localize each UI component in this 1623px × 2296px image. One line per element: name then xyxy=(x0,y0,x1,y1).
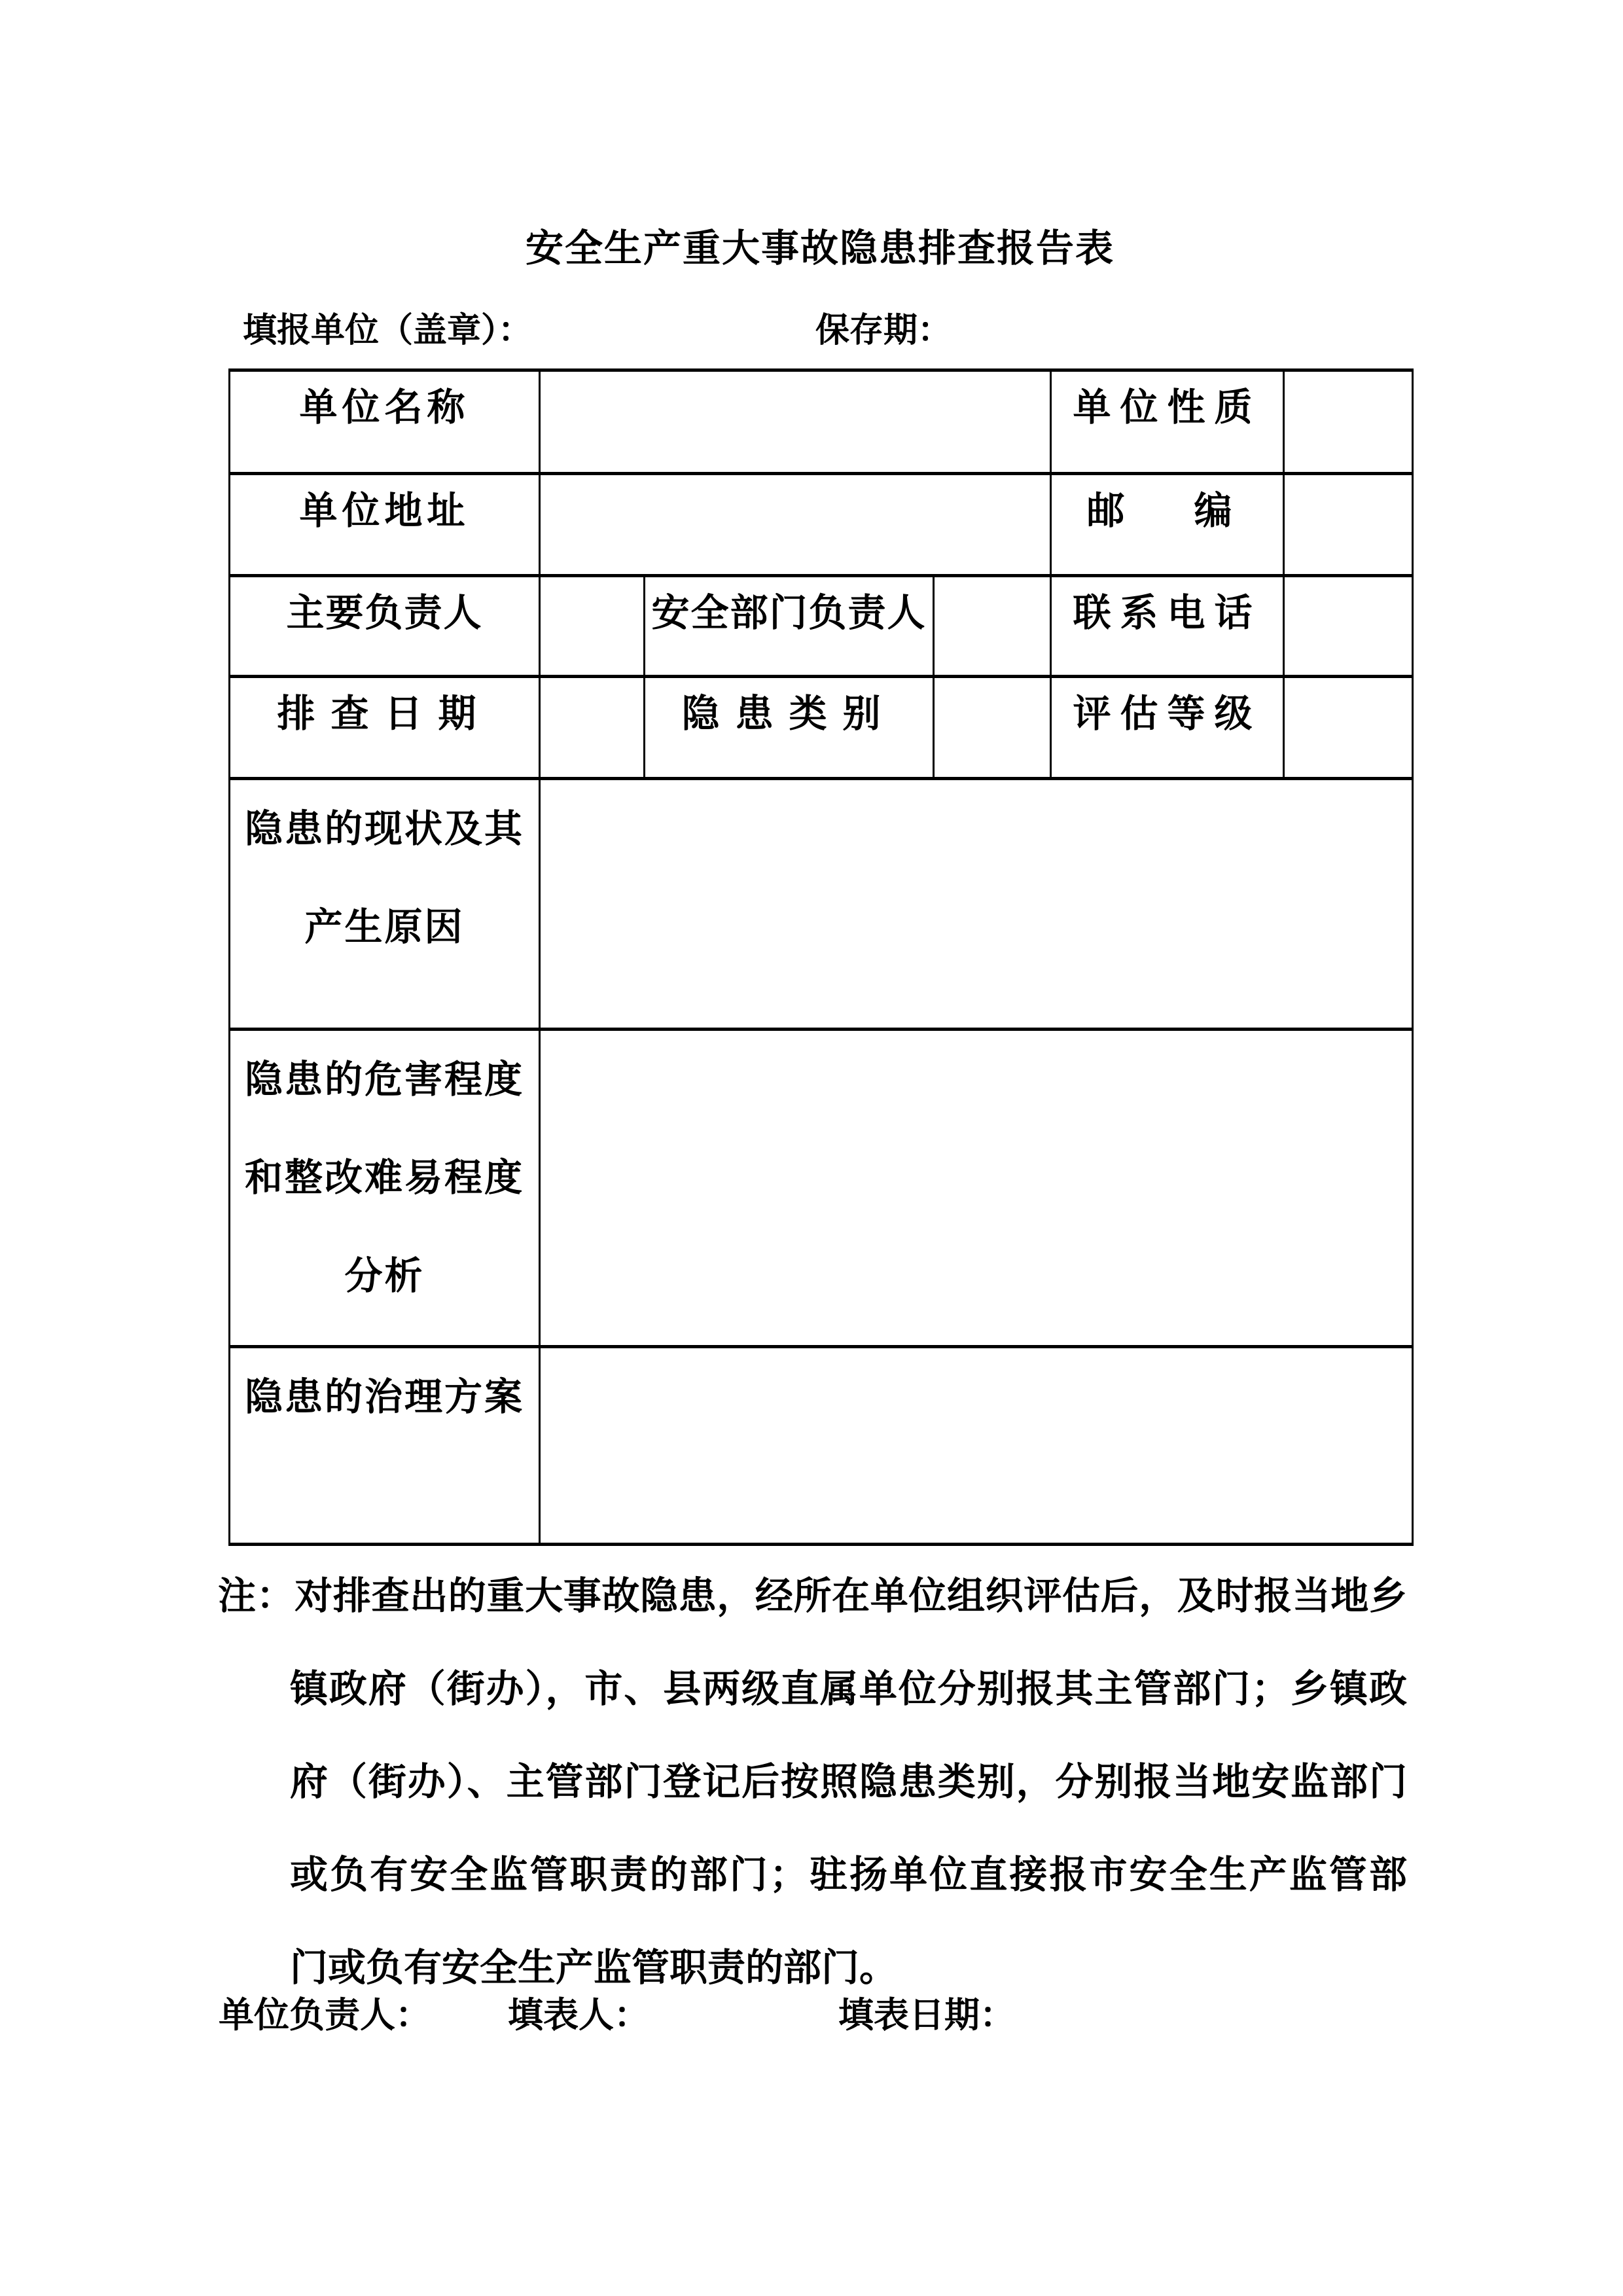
fill-unit-label: 填报单位（盖章）： xyxy=(243,302,532,351)
status-cause-value-cell[interactable] xyxy=(540,779,1413,1030)
main-person-value-cell[interactable] xyxy=(540,576,645,677)
harm-analysis-line2: 和整改难易程度 xyxy=(237,1129,532,1227)
harm-analysis-value-cell[interactable] xyxy=(540,1030,1413,1347)
treatment-plan-value-cell[interactable] xyxy=(540,1347,1413,1545)
hazard-category-value-cell[interactable] xyxy=(934,677,1051,779)
assess-level-value-cell[interactable] xyxy=(1284,677,1413,779)
unit-address-label: 单位地址 xyxy=(230,474,540,576)
unit-name-label: 单位名称 xyxy=(230,370,540,474)
status-cause-line2: 产生原因 xyxy=(237,878,532,977)
phone-value-cell[interactable] xyxy=(1284,576,1413,677)
report-table: 单位名称 单位性质 单位地址 邮 编 主要负责人 安全部门负责人 联系电话 排查… xyxy=(228,368,1414,1546)
harm-analysis-line1: 隐患的危害程度 xyxy=(237,1031,532,1129)
note-line: 府（街办）、主管部门登记后按照隐患类别，分别报当地安监部门 xyxy=(290,1736,1407,1829)
postcode-value-cell[interactable] xyxy=(1284,474,1413,576)
footer-line: 单位负责人： 填表人： 填表日期： xyxy=(0,1987,1623,2033)
unit-nature-value-cell[interactable] xyxy=(1284,370,1413,474)
retention-period-label: 保存期： xyxy=(815,302,952,351)
unit-head-label: 单位负责人： xyxy=(219,1987,431,2037)
safety-dept-person-label: 安全部门负责人 xyxy=(645,576,934,677)
unit-name-value-cell[interactable] xyxy=(540,370,1051,474)
fill-date-label: 填表日期： xyxy=(838,1987,1015,2037)
assess-level-label: 评估等级 xyxy=(1051,677,1284,779)
treatment-plan-line1: 隐患的治理方案 xyxy=(237,1348,532,1446)
check-date-value-cell[interactable] xyxy=(540,677,645,779)
header-line: 填报单位（盖章）： 保存期： xyxy=(0,302,1623,348)
postcode-label: 邮 编 xyxy=(1051,474,1284,576)
unit-nature-label: 单位性质 xyxy=(1051,370,1284,474)
note-line: 或负有安全监管职责的部门；驻扬单位直接报市安全生产监管部 xyxy=(290,1829,1407,1922)
status-cause-line1: 隐患的现状及其 xyxy=(237,780,532,878)
note-line: 镇政府（街办），市、县两级直属单位分别报其主管部门；乡镇政 xyxy=(290,1643,1407,1736)
form-filler-label: 填表人： xyxy=(508,1987,649,2037)
phone-label: 联系电话 xyxy=(1051,576,1284,677)
page-title: 安全生产重大事故隐患排查报告表 xyxy=(228,217,1412,272)
hazard-category-label: 隐患类别 xyxy=(645,677,934,779)
main-person-label: 主要负责人 xyxy=(230,576,540,677)
treatment-plan-label: 隐患的治理方案 xyxy=(230,1347,540,1545)
note-line: 注：对排查出的重大事故隐患，经所在单位组织评估后，及时报当地乡 xyxy=(290,1550,1407,1643)
status-cause-label: 隐患的现状及其 产生原因 xyxy=(230,779,540,1030)
harm-analysis-line3: 分析 xyxy=(237,1227,532,1325)
check-date-label: 排查日期 xyxy=(230,677,540,779)
safety-dept-person-value-cell[interactable] xyxy=(934,576,1051,677)
unit-address-value-cell[interactable] xyxy=(540,474,1051,576)
document-page: { "title": "安全生产重大事故隐患排查报告表", "header": … xyxy=(0,0,1623,2296)
note-paragraph: 注：对排查出的重大事故隐患，经所在单位组织评估后，及时报当地乡 镇政府（街办），… xyxy=(290,1550,1407,2015)
harm-analysis-label: 隐患的危害程度 和整改难易程度 分析 xyxy=(230,1030,540,1347)
